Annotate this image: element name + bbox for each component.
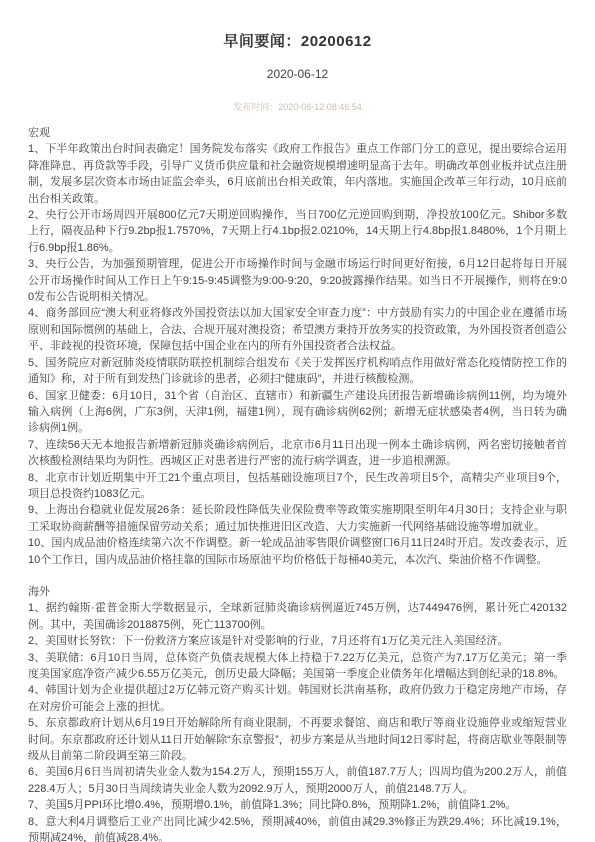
news-item: 3、央行公告，为加强预期管理，促进公开市场操作时间与金融市场运行时间更好衔接，6… [28,256,567,305]
news-item: 3、美联储：6月10日当周，总体资产负债表规模大体上持稳于7.22万亿美元，总资… [28,650,567,683]
news-item: 2、美国财长努钦：下一份救济方案应该是针对受影响的行业，7月还将有1万亿美元注入… [28,633,567,649]
news-item: 4、韩国计划为企业提供超过2万亿韩元资产购买计划。韩国财长洪南基称，政府仍致力于… [28,682,567,715]
news-item: 1、据约翰斯·霍普金斯大学数据显示，全球新冠肺炎确诊病例逼近745万例，达744… [28,600,567,633]
page-title: 早间要闻：20200612 [28,30,567,51]
section-heading-overseas: 海外 [28,584,567,600]
news-item: 7、连续56天无本地报告新增新冠肺炎确诊病例后，北京市6月11日出现一例本土确诊… [28,437,567,470]
section-heading-macro: 宏观 [28,125,567,141]
publish-timestamp: 发布时间：2020-06-12 08:46:54 [28,100,567,113]
news-item: 6、美国6月6日当周初请失业金人数为154.2万人，预期155万人，前值187.… [28,764,567,797]
news-item: 5、国务院应对新冠肺炎疫情联防联控机制综合组发布《关于发挥医疗机构哨点作用做好常… [28,355,567,388]
news-item: 7、美国5月PPI环比增0.4%，预期增0.1%，前值降1.3%；同比降0.8%… [28,797,567,813]
news-item: 6、国家卫健委：6月10日，31个省（自治区、直辖市）和新疆生产建设兵团报告新增… [28,388,567,437]
news-item: 9、上海出台稳就业促发展26条：延长阶段性降低失业保险费率等政策实施期限至明年4… [28,502,567,535]
news-item: 8、意大利4月调整后工业产出同比减少42.5%，预期减40%，前值由减29.3%… [28,814,567,842]
news-item: 2、央行公开市场周四开展800亿元7天期逆回购操作，当日700亿元逆回购到期，净… [28,207,567,256]
section-macro: 宏观 1、下半年政策出台时间表确定！国务院发布落实《政府工作报告》重点工作部门分… [28,125,567,568]
news-item: 10、国内成品油价格连续第六次不作调整。新一轮成品油零售限价调整窗口6月11日2… [28,535,567,568]
section-overseas: 海外 1、据约翰斯·霍普金斯大学数据显示，全球新冠肺炎确诊病例逼近745万例，达… [28,584,567,842]
news-item: 1、下半年政策出台时间表确定！国务院发布落实《政府工作报告》重点工作部门分工的意… [28,141,567,207]
news-item: 4、商务部回应“澳大利亚将修改外国投资法以加大国家安全审查力度”：中方鼓励有实力… [28,305,567,354]
news-item: 8、北京市计划近期集中开工21个重点项目，包括基础设施项目7个，民生改善项目5个… [28,470,567,503]
document-date: 2020-06-12 [28,67,567,81]
news-document: 早间要闻：20200612 2020-06-12 发布时间：2020-06-12… [0,0,595,842]
news-item: 5、东京都政府计划从6月19日开始解除所有商业限制，不再要求餐馆、商店和歌厅等商… [28,715,567,764]
